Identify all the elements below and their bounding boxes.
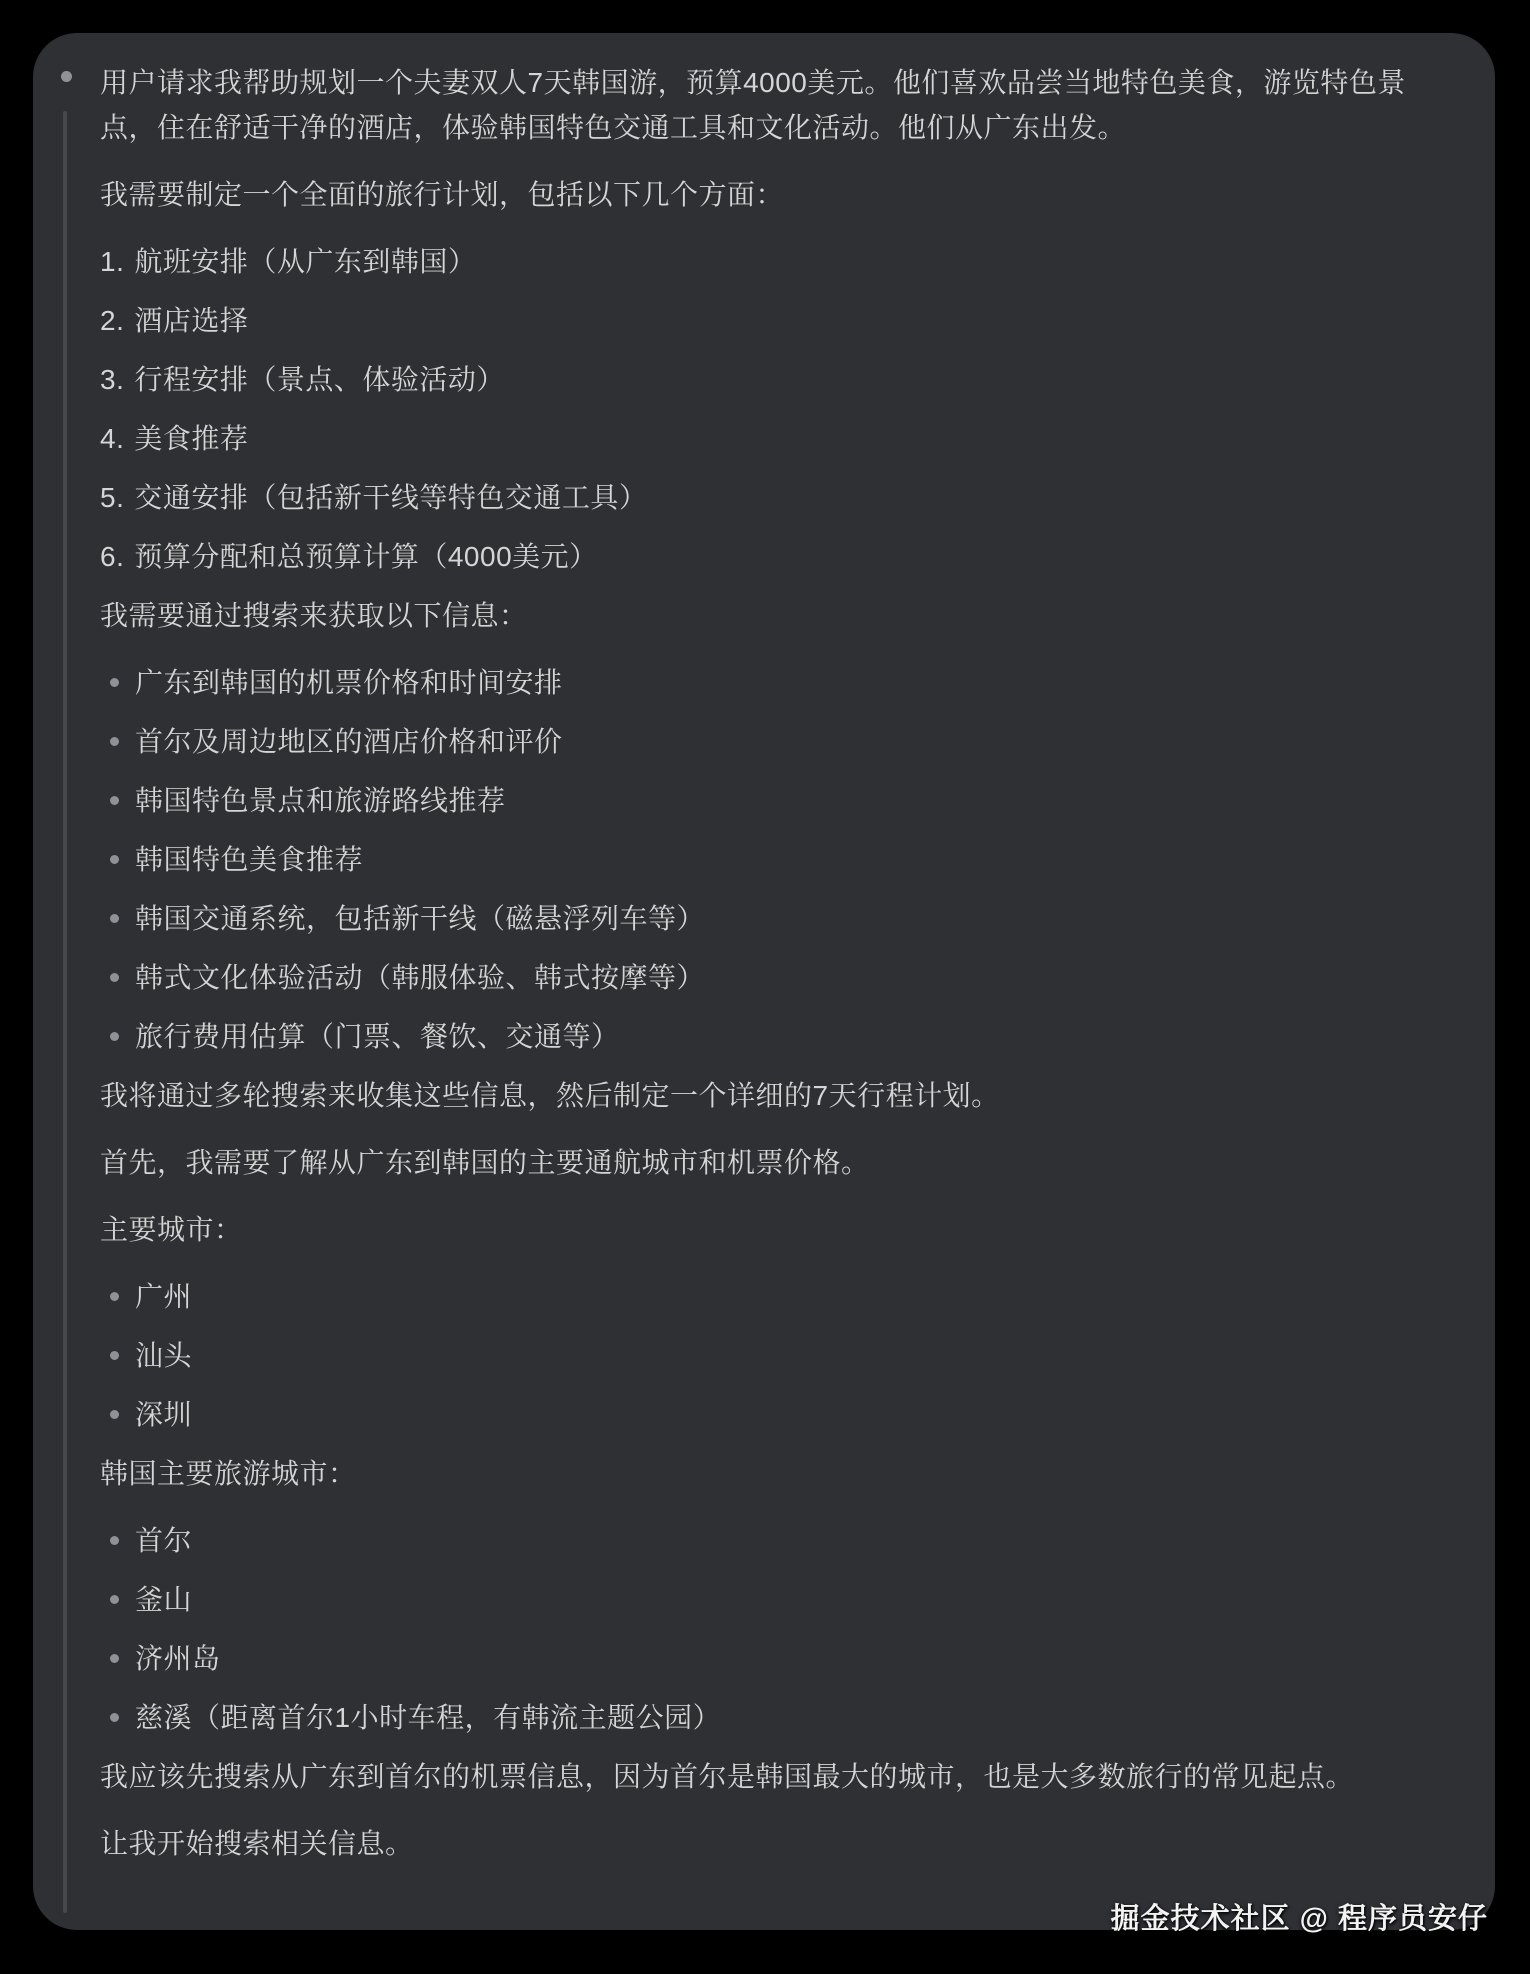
list-item: 韩式文化体验活动（韩服体验、韩式按摩等） <box>100 955 1451 1000</box>
plan-item-label: 酒店选择 <box>134 298 248 343</box>
plan-item: 1. 航班安排（从广东到韩国） <box>100 239 1451 284</box>
thought-panel: 用户请求我帮助规划一个夫妻双人7天韩国游，预算4000美元。他们喜欢品尝当地特色… <box>33 33 1495 1930</box>
bullet-icon <box>110 796 119 805</box>
bullet-icon <box>110 1595 119 1604</box>
list-item-label: 釜山 <box>135 1577 192 1622</box>
korea-cities-list: 首尔 釜山 济州岛 慈溪（距离首尔1小时车程，有韩流主题公园） <box>100 1518 1451 1740</box>
bullet-icon <box>110 914 119 923</box>
list-item: 首尔及周边地区的酒店价格和评价 <box>100 719 1451 764</box>
plan-item-label: 美食推荐 <box>134 416 248 461</box>
bullet-icon <box>110 1292 119 1301</box>
plan-item-number: 5. <box>100 475 124 520</box>
list-item: 慈溪（距离首尔1小时车程，有韩流主题公园） <box>100 1695 1451 1740</box>
list-item-label: 旅行费用估算（门票、餐饮、交通等） <box>135 1014 620 1059</box>
list-item: 济州岛 <box>100 1636 1451 1681</box>
bullet-icon <box>110 737 119 746</box>
bullet-icon <box>110 1654 119 1663</box>
bullet-icon <box>110 1536 119 1545</box>
search-info-list: 广东到韩国的机票价格和时间安排 首尔及周边地区的酒店价格和评价 韩国特色景点和旅… <box>100 660 1451 1059</box>
plan-item: 5. 交通安排（包括新干线等特色交通工具） <box>100 475 1451 520</box>
timeline-bullet-icon <box>61 71 72 82</box>
plan-heading: 我需要制定一个全面的旅行计划，包括以下几个方面： <box>100 172 1451 217</box>
list-item: 汕头 <box>100 1333 1451 1378</box>
list-item: 深圳 <box>100 1392 1451 1437</box>
closing-paragraph: 让我开始搜索相关信息。 <box>100 1821 1451 1866</box>
thought-content: 用户请求我帮助规划一个夫妻双人7天韩国游，预算4000美元。他们喜欢品尝当地特色… <box>100 60 1451 1888</box>
list-item: 韩国特色景点和旅游路线推荐 <box>100 778 1451 823</box>
list-item: 广东到韩国的机票价格和时间安排 <box>100 660 1451 705</box>
bullet-icon <box>110 678 119 687</box>
list-item-label: 首尔 <box>135 1518 192 1563</box>
timeline-line <box>63 111 67 1913</box>
plan-item: 3. 行程安排（景点、体验活动） <box>100 357 1451 402</box>
list-item-label: 广州 <box>135 1274 192 1319</box>
bullet-icon <box>110 1410 119 1419</box>
bullet-icon <box>110 1351 119 1360</box>
bullet-icon <box>110 1713 119 1722</box>
plan-item-number: 4. <box>100 416 124 461</box>
list-item-label: 济州岛 <box>135 1636 221 1681</box>
list-item: 旅行费用估算（门票、餐饮、交通等） <box>100 1014 1451 1059</box>
plan-item-number: 3. <box>100 357 124 402</box>
intro-paragraph: 用户请求我帮助规划一个夫妻双人7天韩国游，预算4000美元。他们喜欢品尝当地特色… <box>100 60 1451 150</box>
cities-heading: 主要城市： <box>100 1207 1451 1252</box>
plan-item: 6. 预算分配和总预算计算（4000美元） <box>100 534 1451 579</box>
plan-item-number: 1. <box>100 239 124 284</box>
plan-item-label: 预算分配和总预算计算（4000美元） <box>134 534 597 579</box>
bullet-icon <box>110 1032 119 1041</box>
first-step-paragraph: 首先，我需要了解从广东到韩国的主要通航城市和机票价格。 <box>100 1140 1451 1185</box>
list-item-label: 深圳 <box>135 1392 192 1437</box>
guangdong-cities-list: 广州 汕头 深圳 <box>100 1274 1451 1437</box>
list-item-label: 广东到韩国的机票价格和时间安排 <box>135 660 563 705</box>
bullet-icon <box>110 973 119 982</box>
list-item-label: 韩式文化体验活动（韩服体验、韩式按摩等） <box>135 955 705 1000</box>
watermark: 掘金技术社区 @ 程序员安仔 <box>1111 1896 1488 1937</box>
plan-item: 4. 美食推荐 <box>100 416 1451 461</box>
list-item-label: 韩国特色美食推荐 <box>135 837 363 882</box>
list-item-label: 韩国交通系统，包括新干线（磁悬浮列车等） <box>135 896 705 941</box>
list-item: 韩国特色美食推荐 <box>100 837 1451 882</box>
korea-cities-heading: 韩国主要旅游城市： <box>100 1451 1451 1496</box>
bullet-icon <box>110 855 119 864</box>
plan-item: 2. 酒店选择 <box>100 298 1451 343</box>
search-heading: 我需要通过搜索来获取以下信息： <box>100 593 1451 638</box>
strategy-paragraph: 我应该先搜索从广东到首尔的机票信息，因为首尔是韩国最大的城市，也是大多数旅行的常… <box>100 1754 1451 1799</box>
plan-item-number: 6. <box>100 534 124 579</box>
plan-item-number: 2. <box>100 298 124 343</box>
list-item: 韩国交通系统，包括新干线（磁悬浮列车等） <box>100 896 1451 941</box>
plan-item-label: 航班安排（从广东到韩国） <box>134 239 476 284</box>
plan-item-label: 行程安排（景点、体验活动） <box>134 357 505 402</box>
list-item-label: 韩国特色景点和旅游路线推荐 <box>135 778 506 823</box>
plan-list: 1. 航班安排（从广东到韩国） 2. 酒店选择 3. 行程安排（景点、体验活动）… <box>100 239 1451 579</box>
multi-search-paragraph: 我将通过多轮搜索来收集这些信息，然后制定一个详细的7天行程计划。 <box>100 1073 1451 1118</box>
plan-item-label: 交通安排（包括新干线等特色交通工具） <box>134 475 647 520</box>
list-item: 釜山 <box>100 1577 1451 1622</box>
page-background: 用户请求我帮助规划一个夫妻双人7天韩国游，预算4000美元。他们喜欢品尝当地特色… <box>0 0 1530 1974</box>
list-item: 广州 <box>100 1274 1451 1319</box>
list-item-label: 首尔及周边地区的酒店价格和评价 <box>135 719 563 764</box>
list-item-label: 汕头 <box>135 1333 192 1378</box>
list-item-label: 慈溪（距离首尔1小时车程，有韩流主题公园） <box>135 1695 721 1740</box>
list-item: 首尔 <box>100 1518 1451 1563</box>
